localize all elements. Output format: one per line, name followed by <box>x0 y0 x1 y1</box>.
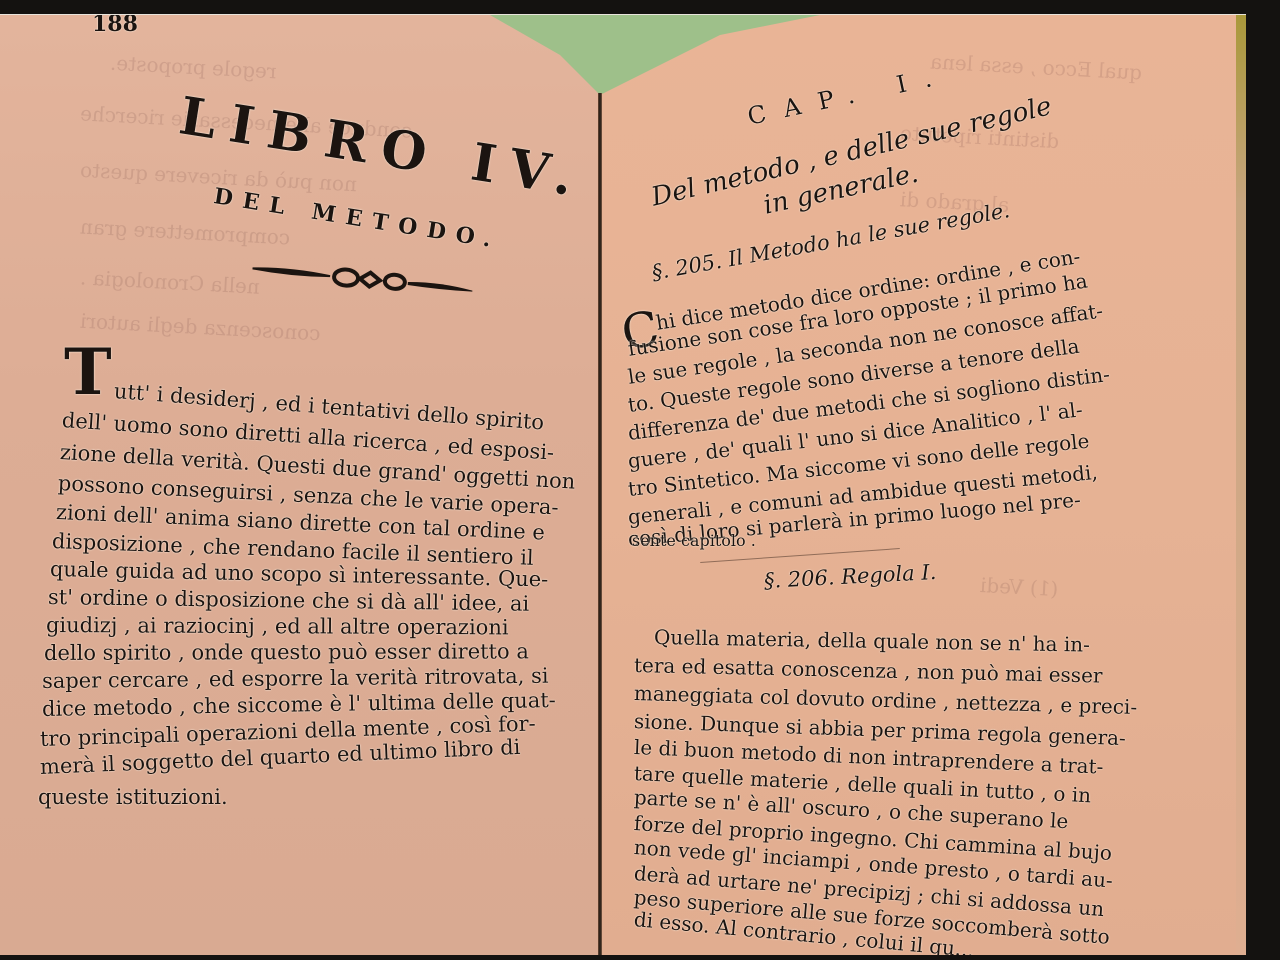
body-line: sente capitolo . <box>632 531 756 550</box>
body-line: st' ordine o disposizione che si dà all'… <box>48 585 530 616</box>
bleed-through-text: qual Ecco , essa lena <box>930 49 1143 84</box>
drop-cap: T <box>64 341 112 405</box>
body-line: dello spirito , onde questo può esser di… <box>44 639 529 665</box>
bleed-through-text: regole proposte. <box>109 51 277 84</box>
page-number: 188 <box>92 14 138 37</box>
photo-frame: regole proposte. conduce alle necessarie… <box>0 14 1246 955</box>
body-line: giudizj , ai raziocinj , ed all altre op… <box>46 613 509 639</box>
page-edge <box>1236 15 1246 955</box>
fleuron-ornament-icon <box>249 257 475 301</box>
bleed-through-text: nella Cronologia . <box>79 265 260 298</box>
body-line: queste istituzioni. <box>38 785 228 809</box>
bleed-through-text: (1) Vedi <box>979 573 1058 601</box>
book-gutter <box>598 93 602 955</box>
bleed-through-text: compromettere gran <box>80 215 291 250</box>
left-page: regole proposte. conduce alle necessarie… <box>0 15 600 955</box>
bleed-through-text: conoscenza degli autori <box>80 309 322 346</box>
